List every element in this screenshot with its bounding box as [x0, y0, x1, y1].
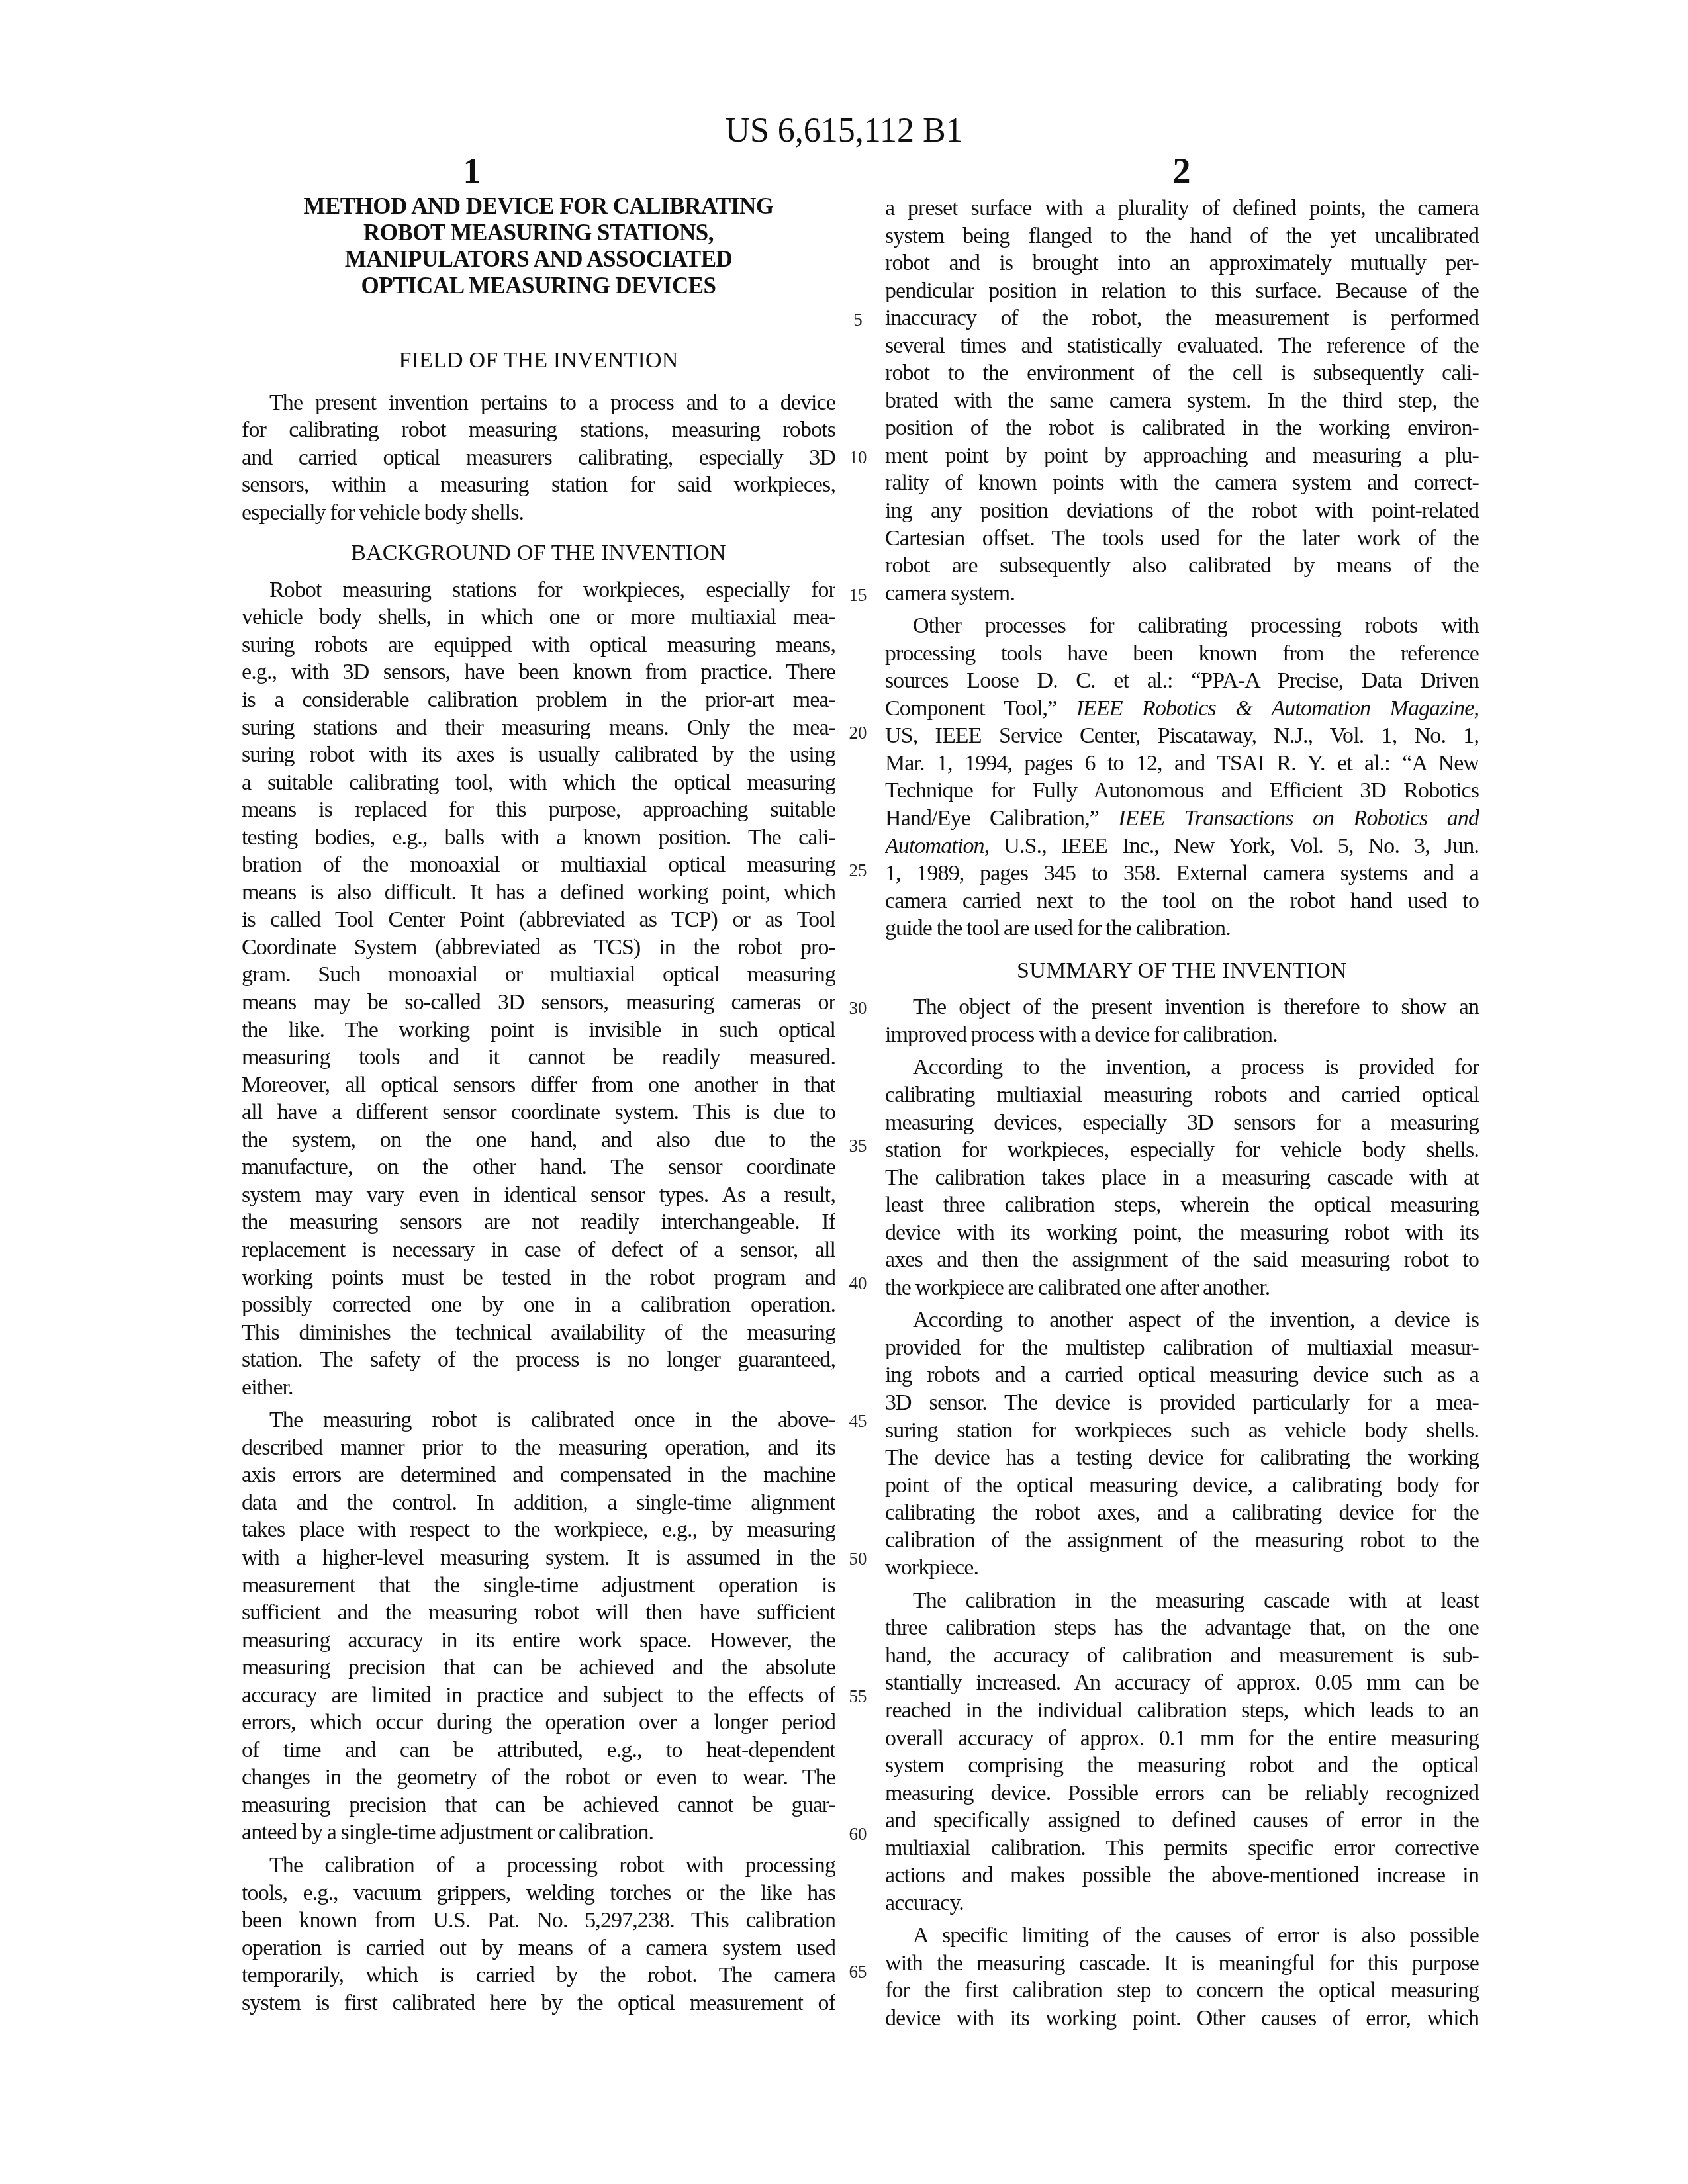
text-run: Hand/Eye Calibration,” [885, 806, 1118, 831]
text-line: device with its working point. Other cau… [885, 2005, 1479, 2032]
text-line: vehicle body shells, in which one or mor… [242, 604, 835, 631]
journal-title: Automation [885, 834, 984, 858]
paragraph-background-2: The measuring robot is calibrated once i… [242, 1406, 835, 1846]
text-line: Coordinate System (abbreviated as TCS) i… [242, 934, 835, 962]
left-column: METHOD AND DEVICE FOR CALIBRATING ROBOT … [242, 193, 835, 2017]
line-number: 30 [845, 998, 871, 1018]
line-number: 25 [845, 860, 871, 880]
text-line: means may be so-called 3D sensors, measu… [242, 989, 835, 1017]
line-number: 45 [845, 1411, 871, 1431]
paragraph-summary-2: According to the invention, a process is… [885, 1054, 1479, 1301]
text-line: ing robots and a carried optical measuri… [885, 1361, 1479, 1389]
text-line: reached in the individual calibration st… [885, 1697, 1479, 1725]
text-line: overall accuracy of approx. 0.1 mm for t… [885, 1725, 1479, 1752]
line-number: 50 [845, 1549, 871, 1569]
right-column: a preset surface with a plurality of def… [885, 195, 1479, 2032]
text-line: for the first calibration step to concer… [885, 1977, 1479, 2005]
text-line: for calibrating robot measuring stations… [242, 416, 835, 444]
text-line: actions and makes possible the above-men… [885, 1862, 1479, 1889]
text-line: working points must be tested in the rob… [242, 1264, 835, 1292]
text-line: manufacture, on the other hand. The sens… [242, 1154, 835, 1181]
text-run: Component Tool,” [885, 696, 1076, 721]
text-line: 1, 1989, pages 345 to 358. External came… [885, 860, 1479, 887]
title-line: MANIPULATORS AND ASSOCIATED [242, 246, 835, 273]
text-line: hand, the accuracy of calibration and me… [885, 1642, 1479, 1670]
text-line: measuring tools and it cannot be readily… [242, 1044, 835, 1071]
text-line: position of the robot is calibrated in t… [885, 414, 1479, 442]
text-line: The device has a testing device for cali… [885, 1444, 1479, 1472]
text-line: station for workpieces, especially for v… [885, 1136, 1479, 1164]
text-line: three calibration steps has the advantag… [885, 1614, 1479, 1642]
text-line: ment point by point by approaching and m… [885, 442, 1479, 470]
paragraph-summary-3: According to another aspect of the inven… [885, 1306, 1479, 1581]
text-line: ing any position deviations of the robot… [885, 497, 1479, 525]
text-line: errors, which occur during the operation… [242, 1709, 835, 1737]
text-line: sensors, within a measuring station for … [242, 471, 835, 499]
text-line: rality of known points with the camera s… [885, 469, 1479, 497]
text-line: Hand/Eye Calibration,” IEEE Transactions… [885, 805, 1479, 833]
text-line: all have a different sensor coordinate s… [242, 1099, 835, 1126]
text-line: system being flanged to the hand of the … [885, 222, 1479, 250]
text-line: 3D sensor. The device is provided partic… [885, 1389, 1479, 1417]
line-number: 40 [845, 1273, 871, 1293]
text-line: data and the control. In addition, a sin… [242, 1489, 835, 1517]
text-run: , U.S., IEEE Inc., New York, Vol. 5, No.… [984, 834, 1479, 858]
text-line: means is also difficult. It has a define… [242, 879, 835, 907]
text-line: suring robots are equipped with optical … [242, 631, 835, 659]
text-line: measuring precision that can be achieved… [242, 1792, 835, 1819]
section-heading-summary: SUMMARY OF THE INVENTION [885, 957, 1479, 985]
text-line: possibly corrected one by one in a calib… [242, 1291, 835, 1319]
text-line: with a higher-level measuring system. It… [242, 1544, 835, 1572]
text-line: e.g., with 3D sensors, have been known f… [242, 659, 835, 686]
text-line: Component Tool,” IEEE Robotics & Automat… [885, 695, 1479, 723]
paragraph-summary-1: The object of the present invention is t… [885, 993, 1479, 1048]
text-line: a suitable calibrating tool, with which … [242, 769, 835, 797]
text-line: a preset surface with a plurality of def… [885, 195, 1479, 222]
text-line: station. The safety of the process is no… [242, 1346, 835, 1374]
text-line: robot and is brought into an approximate… [885, 250, 1479, 277]
column-number-left: 1 [406, 151, 538, 191]
text-line: and carried optical measurers calibratin… [242, 444, 835, 472]
text-line: tools, e.g., vacuum grippers, welding to… [242, 1880, 835, 1907]
text-line: measuring accuracy in its entire work sp… [242, 1627, 835, 1655]
text-line: anteed by a single-time adjustment or ca… [242, 1819, 835, 1846]
text-line: Moreover, all optical sensors differ fro… [242, 1071, 835, 1099]
journal-title: IEEE Transactions on Robotics and [1118, 806, 1479, 831]
text-line: brated with the same camera system. In t… [885, 387, 1479, 415]
text-run: , [1474, 696, 1479, 721]
text-line: suring stations and their measuring mean… [242, 714, 835, 742]
text-line: camera carried next to the tool on the r… [885, 887, 1479, 915]
title-line: METHOD AND DEVICE FOR CALIBRATING [242, 193, 835, 220]
text-line: changes in the geometry of the robot or … [242, 1764, 835, 1792]
text-line: US, IEEE Service Center, Piscataway, N.J… [885, 722, 1479, 750]
text-line: point of the optical measuring device, a… [885, 1472, 1479, 1500]
text-line: takes place with respect to the workpiec… [242, 1516, 835, 1544]
text-line: with the measuring cascade. It is meanin… [885, 1950, 1479, 1978]
text-line: Technique for Fully Autonomous and Effic… [885, 777, 1479, 805]
text-line: The calibration of a processing robot wi… [242, 1852, 835, 1880]
text-line: sources Loose D. C. et al.: “PPA-A Preci… [885, 667, 1479, 695]
text-line: the system, on the one hand, and also du… [242, 1126, 835, 1154]
line-number: 55 [845, 1686, 871, 1706]
text-line: system is first calibrated here by the o… [242, 1989, 835, 2017]
text-line: stantially increased. An accuracy of app… [885, 1669, 1479, 1697]
section-heading-field: FIELD OF THE INVENTION [242, 347, 835, 375]
text-line: improved process with a device for calib… [885, 1021, 1479, 1049]
text-line: The present invention pertains to a proc… [242, 389, 835, 417]
text-line: device with its working point, the measu… [885, 1219, 1479, 1247]
text-line: camera system. [885, 580, 1479, 608]
text-line: replacement is necessary in case of defe… [242, 1236, 835, 1264]
text-line: and specifically assigned to defined cau… [885, 1807, 1479, 1835]
text-line: A specific limiting of the causes of err… [885, 1922, 1479, 1950]
text-line: The object of the present invention is t… [885, 993, 1479, 1021]
paragraph-continued: a preset surface with a plurality of def… [885, 195, 1479, 607]
text-line: calibrating multiaxial measuring robots … [885, 1081, 1479, 1109]
text-line: several times and statistically evaluate… [885, 332, 1479, 360]
text-line: multiaxial calibration. This permits spe… [885, 1835, 1479, 1862]
line-number: 10 [845, 447, 871, 467]
text-line: system comprising the measuring robot an… [885, 1752, 1479, 1780]
paragraph-background-3: The calibration of a processing robot wi… [242, 1852, 835, 2017]
text-line: suring robot with its axes is usually ca… [242, 741, 835, 769]
patent-title: METHOD AND DEVICE FOR CALIBRATING ROBOT … [242, 193, 835, 299]
text-line: provided for the multistep calibration o… [885, 1334, 1479, 1362]
text-line: especially for vehicle body shells. [242, 499, 835, 527]
text-line: sufficient and the measuring robot will … [242, 1599, 835, 1627]
text-line: processing tools have been known from th… [885, 640, 1479, 668]
line-number: 35 [845, 1136, 871, 1156]
text-line: operation is carried out by means of a c… [242, 1934, 835, 1962]
text-line: means is replaced for this purpose, appr… [242, 796, 835, 824]
text-line: Other processes for calibrating processi… [885, 612, 1479, 640]
text-line: Automation, U.S., IEEE Inc., New York, V… [885, 833, 1479, 860]
text-line: gram. Such monoaxial or multiaxial optic… [242, 961, 835, 989]
text-line: testing bodies, e.g., balls with a known… [242, 824, 835, 852]
section-heading-background: BACKGROUND OF THE INVENTION [242, 539, 835, 567]
paragraph-summary-4: The calibration in the measuring cascade… [885, 1587, 1479, 1917]
text-line: guide the tool are used for the calibrat… [885, 915, 1479, 942]
text-line: calibration of the assignment of the mea… [885, 1527, 1479, 1555]
text-line: accuracy are limited in practice and sub… [242, 1682, 835, 1709]
text-line: According to the invention, a process is… [885, 1054, 1479, 1081]
text-line: of time and can be attributed, e.g., to … [242, 1737, 835, 1764]
text-line: Mar. 1, 1994, pages 6 to 12, and TSAI R.… [885, 750, 1479, 778]
paragraph-other-processes: Other processes for calibrating processi… [885, 612, 1479, 942]
line-number: 15 [845, 585, 871, 605]
text-line: pendicular position in relation to this … [885, 277, 1479, 305]
text-line: robot to the environment of the cell is … [885, 359, 1479, 387]
text-line: measurement that the single-time adjustm… [242, 1572, 835, 1600]
text-line: According to another aspect of the inven… [885, 1306, 1479, 1334]
text-line: least three calibration steps, wherein t… [885, 1191, 1479, 1219]
paragraph-summary-5: A specific limiting of the causes of err… [885, 1922, 1479, 2032]
text-line: The measuring robot is calibrated once i… [242, 1406, 835, 1434]
text-line: suring station for workpieces such as ve… [885, 1417, 1479, 1445]
text-line: Robot measuring stations for workpieces,… [242, 576, 835, 604]
text-line: measuring devices, especially 3D sensors… [885, 1109, 1479, 1137]
line-number: 60 [845, 1824, 871, 1844]
text-line: is called Tool Center Point (abbreviated… [242, 906, 835, 934]
text-line: temporarily, which is carried by the rob… [242, 1962, 835, 1989]
text-line: the like. The working point is invisible… [242, 1017, 835, 1044]
text-line: described manner prior to the measuring … [242, 1434, 835, 1462]
text-line: Cartesian offset. The tools used for the… [885, 525, 1479, 553]
text-line: accuracy. [885, 1889, 1479, 1917]
text-line: This diminishes the technical availabili… [242, 1319, 835, 1347]
text-line: measuring precision that can be achieved… [242, 1654, 835, 1682]
title-line: ROBOT MEASURING STATIONS, [242, 220, 835, 246]
text-line: The calibration takes place in a measuri… [885, 1164, 1479, 1192]
title-line: OPTICAL MEASURING DEVICES [242, 273, 835, 299]
line-number: 65 [845, 1962, 871, 1981]
text-line: the workpiece are calibrated one after a… [885, 1274, 1479, 1302]
text-line: is a considerable calibration problem in… [242, 686, 835, 714]
text-line: axis errors are determined and compensat… [242, 1461, 835, 1489]
text-line: inaccuracy of the robot, the measurement… [885, 304, 1479, 332]
line-number: 20 [845, 723, 871, 743]
text-line: axes and then the assignment of the said… [885, 1246, 1479, 1274]
text-line: robot are subsequently also calibrated b… [885, 552, 1479, 580]
line-number: 5 [845, 310, 871, 330]
text-line: been known from U.S. Pat. No. 5,297,238.… [242, 1907, 835, 1934]
journal-title: IEEE Robotics & Automation Magazine [1076, 696, 1474, 721]
text-line: the measuring sensors are not readily in… [242, 1208, 835, 1236]
paragraph-field: The present invention pertains to a proc… [242, 389, 835, 527]
column-number-right: 2 [1115, 151, 1248, 191]
patent-number: US 6,615,112 B1 [0, 111, 1688, 151]
paragraph-background-1: Robot measuring stations for workpieces,… [242, 576, 835, 1401]
text-line: either. [242, 1374, 835, 1402]
text-line: workpiece. [885, 1554, 1479, 1582]
text-line: calibrating the robot axes, and a calibr… [885, 1499, 1479, 1527]
text-line: bration of the monoaxial or multiaxial o… [242, 851, 835, 879]
text-line: measuring device. Possible errors can be… [885, 1780, 1479, 1807]
text-line: The calibration in the measuring cascade… [885, 1587, 1479, 1615]
text-line: system may vary even in identical sensor… [242, 1181, 835, 1209]
